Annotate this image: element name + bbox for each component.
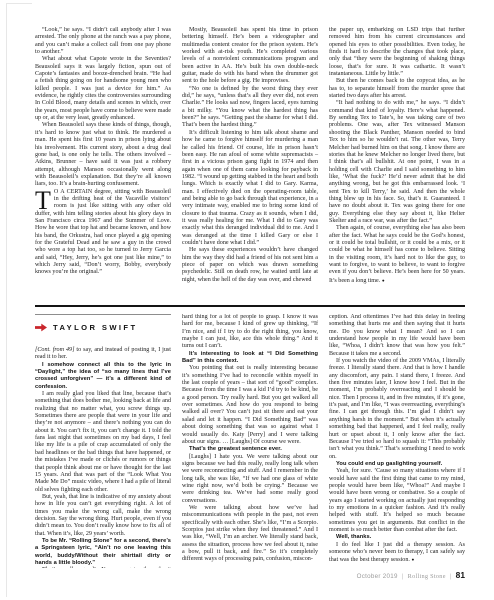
continued-paragraph: [Cont. from 49] to say, and instead of p…	[35, 347, 171, 362]
body-paragraph: When Beausoleil says these kinds of thin…	[35, 122, 171, 188]
paragraph-text: I do feel like I just did a therapy sess…	[329, 542, 465, 564]
interview-answer: [Laughs] I hate you. We were talking abo…	[182, 454, 318, 505]
interview-question: To be Mr. “Rolling Stone” for a second, …	[35, 538, 171, 567]
beausoleil-article-continuation: “Look,” he says. “I didn’t call anybody …	[35, 27, 465, 305]
section-title: TAYLOR SWIFT	[53, 324, 137, 331]
continued-from-label: [Cont. from 49]	[35, 347, 74, 353]
body-paragraph: It’s difficult listening to him talk abo…	[182, 130, 318, 248]
swift-article-continuation: TAYLOR SWIFT [Cont. from 49] to say, and…	[35, 314, 465, 568]
interview-question: It’s interesting to look at “I Did Somet…	[182, 351, 318, 366]
page-number: 81	[456, 570, 465, 580]
interview-answer: That’s really good! No one gets through …	[35, 567, 171, 568]
dropcap-paragraph: TO A CERTAIN degree, sitting with Beauso…	[35, 189, 171, 277]
beausoleil-column-2: Mostly, Beausoleil has spent his time in…	[182, 27, 318, 305]
page-edge-line	[6, 3, 7, 597]
interview-answer: If you watch the video of the 2009 VMAs,…	[329, 358, 465, 461]
article-end-mark-icon: ●	[382, 278, 385, 283]
interview-answer: We were talking about how we’ve had misc…	[182, 505, 318, 564]
footer-separator: |	[450, 573, 452, 580]
interview-answer: You pointing that out is really interest…	[182, 365, 318, 446]
body-paragraph: Then again, of course, everything else h…	[329, 225, 465, 285]
footer-separator: |	[402, 573, 404, 580]
body-paragraph: Mostly, Beausoleil has spent his time in…	[182, 27, 318, 86]
interview-answer: But, yeah, that line is indicative of my…	[35, 494, 171, 538]
body-paragraph: the paper up, embarking on LSD trips tha…	[329, 27, 465, 78]
page-edge-line-top	[6, 3, 32, 4]
interview-answer: Yeah, for sure. ’Cause so many situation…	[329, 468, 465, 534]
body-paragraph: “No one is defined by the worst thing th…	[182, 86, 318, 130]
paragraph-text: Then again, of course, everything else h…	[329, 225, 465, 283]
interview-answer: I do feel like I just did a therapy sess…	[329, 542, 465, 565]
beausoleil-column-1: “Look,” he says. “I didn’t call anybody …	[35, 27, 171, 305]
swift-header-rule	[35, 314, 171, 315]
article-end-mark-icon: ●	[411, 557, 414, 562]
section-divider-rule	[35, 305, 465, 307]
interview-answer: ception. And oftentimes I’ve had this de…	[329, 314, 465, 358]
body-paragraph: But then he comes back to the copycat id…	[329, 78, 465, 100]
body-paragraph: He says these experiences wouldn’t have …	[182, 247, 318, 284]
swift-column-2: hard thing for a lot of people to grasp.…	[182, 314, 318, 568]
interview-answer: I am really glad you liked that line, be…	[35, 391, 171, 494]
interview-question: That’s the greatest sentence ever.	[182, 446, 318, 453]
interview-question: Well, thanks.	[329, 534, 465, 541]
swift-column-1: TAYLOR SWIFT [Cont. from 49] to say, and…	[35, 314, 171, 568]
body-paragraph: “Look,” he says. “I didn’t call anybody …	[35, 27, 171, 56]
page-footer: October 2019 | Rolling Stone | 81	[357, 570, 465, 580]
magazine-name: Rolling Stone	[408, 573, 446, 580]
body-paragraph: What about what Capote wrote in the Seve…	[35, 56, 171, 122]
body-paragraph: “It had nothing to do with me,” he says.…	[329, 100, 465, 225]
interview-answer: hard thing for a lot of people to grasp.…	[182, 314, 318, 351]
swift-section-header: TAYLOR SWIFT	[35, 323, 171, 332]
arrow-right-icon	[35, 323, 47, 332]
swift-column-3: ception. And oftentimes I’ve had this de…	[329, 314, 465, 568]
beausoleil-column-3: the paper up, embarking on LSD trips tha…	[329, 27, 465, 305]
magazine-page: “Look,” he says. “I didn’t call anybody …	[0, 0, 494, 600]
interview-question: I somehow connect all this to the lyric …	[35, 362, 171, 391]
issue-date: October 2019	[357, 573, 398, 580]
